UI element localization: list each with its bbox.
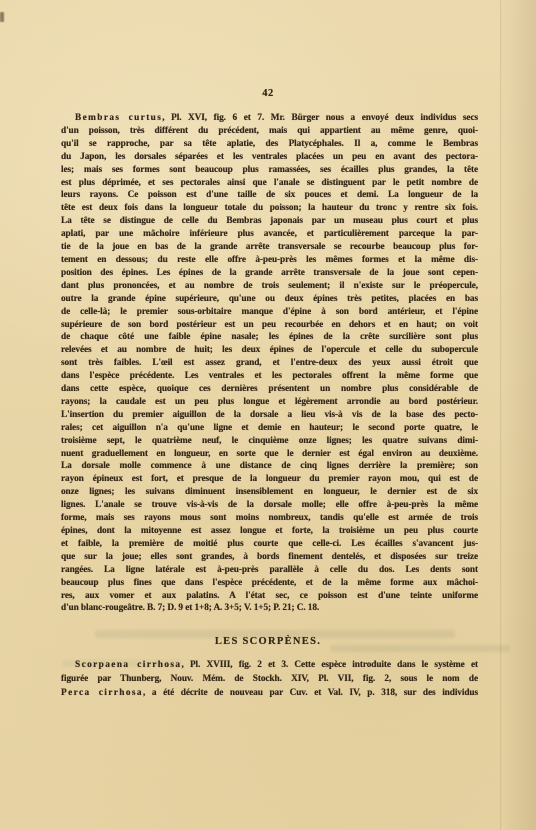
text-line: d'un blanc-rougeâtre. B. 7; D. 9 et 1+8;… <box>61 602 478 615</box>
text-line: La dorsale molle commence à une distance… <box>61 460 478 473</box>
text-line: dans cette espèce, quoique ces dernières… <box>61 383 478 396</box>
text-line: relevées et au nombre de huit; les deux … <box>61 344 478 357</box>
page-fold-line <box>500 0 536 830</box>
text-line: leurs rayons. Ce poisson est d'une taill… <box>61 189 478 202</box>
page-number: 42 <box>0 88 536 99</box>
text-run: , a été décrite de nouveau par Cuv. et V… <box>143 688 478 698</box>
text-line: dans l'espèce précédente. Les ventrales … <box>61 370 478 383</box>
text-line: onze lignes; les suivans diminuent insen… <box>61 486 478 499</box>
species-name: Bembras curtus <box>75 113 162 123</box>
text-line: rales; cet aiguillon n'a qu'une ligne et… <box>61 422 478 435</box>
text-line: Bembras curtus, Pl. XVI, fig. 6 et 7. Mr… <box>61 112 478 125</box>
text-line: lignes. L'anale se trouve vis-à-vis de l… <box>61 499 478 512</box>
text-line: tête est deux fois dans la longueur tota… <box>61 202 478 215</box>
text-run: , Pl. XVI, fig. 6 et 7. Mr. Bürger nous … <box>162 113 478 123</box>
text-line: dant plus prononcées, et au nombre de tr… <box>61 280 478 293</box>
text-line: rayon épineux est fort, et presque de la… <box>61 473 478 486</box>
text-line: rayons; la caudale est un peu plus longu… <box>61 396 478 409</box>
text-line: les; mais ses formes sont beaucoup plus … <box>61 164 478 177</box>
text-line: qu'il se rapproche, par sa tête aplatie,… <box>61 138 478 151</box>
book-page: 42 Bembras curtus, Pl. XVI, fig. 6 et 7.… <box>0 0 536 830</box>
text-line: de celle-là; le premier sous-orbitaire m… <box>61 306 478 319</box>
text-line: Scorpaena cirrhosa, Pl. XVIII, fig. 2 et… <box>61 658 478 672</box>
text-line: figurée par Thunberg, Nouv. Mém. de Stoc… <box>61 672 478 686</box>
text-line: beaucoup plus fines que dans l'espèce pr… <box>61 577 478 590</box>
text-line: La tête se distingue de celle du Bembras… <box>61 215 478 228</box>
text-line: et faible, la première de moitié plus co… <box>61 538 478 551</box>
paragraph-bembras-curtus: Bembras curtus, Pl. XVI, fig. 6 et 7. Mr… <box>61 112 478 615</box>
text-line: troisième sept, le quatrième neuf, le ci… <box>61 435 478 448</box>
section-heading-les-scorpenes: LES SCORPÈNES. <box>0 636 536 647</box>
text-line: du Japon, les dorsales séparées et les v… <box>61 151 478 164</box>
text-line: supérieure de son bord postérieur est un… <box>61 319 478 332</box>
text-line: sont très faibles. L'œil est assez grand… <box>61 357 478 370</box>
species-name: Scorpaena cirrhosa <box>75 660 181 670</box>
paragraph-scorpaena-cirrhosa: Scorpaena cirrhosa, Pl. XVIII, fig. 2 et… <box>61 658 478 700</box>
species-name: Perca cirrhosa <box>61 688 143 698</box>
text-line: Perca cirrhosa, a été décrite de nouveau… <box>61 686 478 700</box>
text-line: que sur la joue; elles sont grandes, à b… <box>61 551 478 564</box>
text-line: d'un poisson, très différent du précéden… <box>61 125 478 138</box>
text-line: tement en dessous; du reste elle offre à… <box>61 254 478 267</box>
text-line: L'insertion du premier aiguillon de la d… <box>61 409 478 422</box>
text-line: nuent graduellement en longueur, en sort… <box>61 448 478 461</box>
edge-ink-smudge <box>0 12 4 22</box>
text-line: rangées. La ligne latérale est à-peu-prè… <box>61 564 478 577</box>
text-line: tie de la joue en bas de la grande arrêt… <box>61 241 478 254</box>
text-line: est plus déprimée, et ses pectorales ain… <box>61 177 478 190</box>
text-line: de chaque côté une faible épine nasale; … <box>61 331 478 344</box>
text-run: , Pl. XVIII, fig. 2 et 3. Cette espèce i… <box>181 660 478 670</box>
text-line: forme, mais ses rayons mous sont moins n… <box>61 512 478 525</box>
text-line: position des épines. Les épines de la gr… <box>61 267 478 280</box>
text-line: res, aux vomer et aux palatins. A l'état… <box>61 590 478 603</box>
text-line: épines, dont la mitoyenne est assez long… <box>61 525 478 538</box>
text-line: aplati, par une mâchoire inférieure plus… <box>61 228 478 241</box>
text-line: outre la grande épine supérieure, qu'une… <box>61 293 478 306</box>
